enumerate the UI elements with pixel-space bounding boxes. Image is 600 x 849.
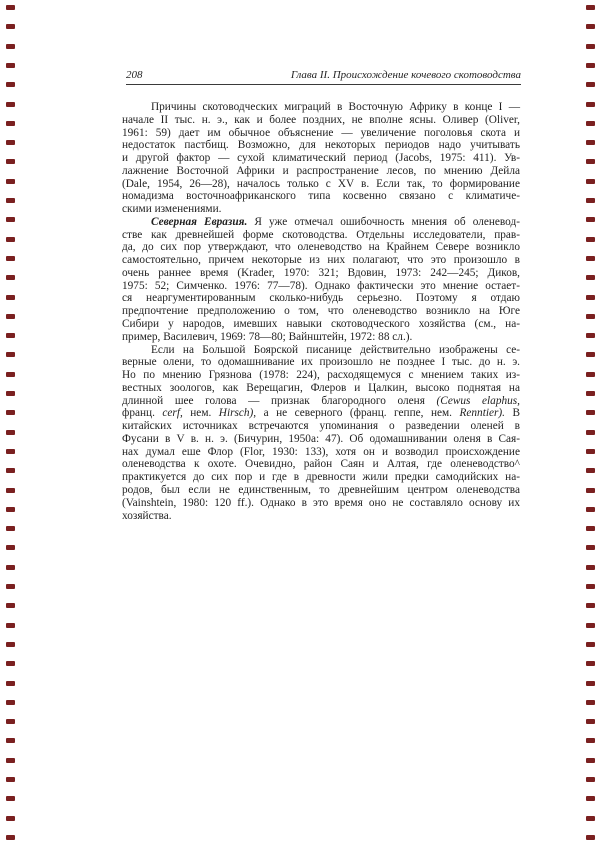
text-line: вестных зоологов, как Верещагин, Флеров … (122, 382, 520, 395)
scan-artifact-mark (6, 584, 15, 589)
text-line: 1961: 59) дает им обычное объяснение — у… (122, 127, 520, 140)
scan-artifact-mark (586, 159, 595, 164)
scan-artifact-mark (586, 391, 595, 396)
text-line: да, до сих пор утверждают, что оленеводс… (122, 241, 520, 254)
scan-artifact-mark (586, 372, 595, 377)
text-line: родов, был если не единственным, то древ… (122, 484, 520, 497)
scan-artifact-mark (586, 661, 595, 666)
scan-artifact-mark (6, 719, 15, 724)
scan-artifact-mark (586, 63, 595, 68)
text-line: практикуется до сих пор и где в древност… (122, 471, 520, 484)
scan-artifact-mark (6, 507, 15, 512)
text-line: Причины скотоводческих миграций в Восточ… (122, 101, 520, 114)
scan-artifact-mark (586, 410, 595, 415)
scan-artifact-mark (6, 44, 15, 49)
scan-artifact-mark (586, 140, 595, 145)
scan-artifact-mark (6, 5, 15, 10)
scan-artifact-mark (6, 410, 15, 415)
scan-artifact-mark (586, 24, 595, 29)
scan-artifact-mark (586, 352, 595, 357)
scan-artifact-mark (586, 526, 595, 531)
text-line: ся неаргументированным сколько-нибудь се… (122, 292, 520, 305)
scan-artifact-mark (586, 623, 595, 628)
text-line: франц. cerf, нем. Hirsch), а не северног… (122, 407, 520, 420)
scan-artifact-mark (6, 565, 15, 570)
scan-artifact-mark (6, 372, 15, 377)
scan-artifact-mark (586, 121, 595, 126)
scan-artifact-mark (6, 295, 15, 300)
scan-artifact-mark (6, 738, 15, 743)
scan-artifact-mark (6, 661, 15, 666)
scan-artifact-mark (6, 758, 15, 763)
text-line: самостоятельно, причем некоторые из них … (122, 254, 520, 267)
text-line: предпочтение предположению о том, что ол… (122, 305, 520, 318)
text-line: китайских источниках встречаются упомина… (122, 420, 520, 433)
scan-artifact-mark (6, 430, 15, 435)
scan-artifact-mark (586, 719, 595, 724)
text-line: скими изменениями. (122, 203, 520, 216)
text-line: хозяйства. (122, 510, 520, 523)
scan-artifact-mark (586, 333, 595, 338)
scan-artifact-mark (586, 430, 595, 435)
page: 208 Глава II. Происхождение кочевого ско… (0, 0, 600, 849)
text-line: недостаток пастбищ. Возможно, для некото… (122, 139, 520, 152)
text-line: и другой фактор — сухой климатический пе… (122, 152, 520, 165)
scan-artifact-mark (6, 700, 15, 705)
text-line: Сибири у народов, имевших навыки скотово… (122, 318, 520, 331)
scan-artifact-mark (6, 681, 15, 686)
scan-artifact-mark (6, 391, 15, 396)
scan-artifact-mark (6, 352, 15, 357)
text-line: Северная Евразия. Я уже отмечал ошибочно… (122, 216, 520, 229)
scan-artifact-mark (6, 603, 15, 608)
scan-artifact-mark (586, 82, 595, 87)
scan-artifact-mark (6, 816, 15, 821)
scan-artifact-mark (586, 681, 595, 686)
scan-artifact-mark (586, 275, 595, 280)
scan-artifact-mark (6, 121, 15, 126)
scan-artifact-mark (586, 449, 595, 454)
text-block: Причины скотоводческих миграций в Восточ… (122, 101, 520, 522)
text-line: оленеводства к охоте. Очевидно, район Са… (122, 458, 520, 471)
scan-artifact-mark (586, 642, 595, 647)
page-header: 208 Глава II. Происхождение кочевого ско… (126, 69, 521, 85)
scan-artifact-mark (6, 140, 15, 145)
text-line: (Vainshtein, 1980: 120 ff.). Однако в эт… (122, 497, 520, 510)
text-line: (Dale, 1954, 26—28), началось только с X… (122, 178, 520, 191)
scan-artifact-mark (586, 603, 595, 608)
scan-artifact-mark (6, 179, 15, 184)
scan-artifact-mark (6, 63, 15, 68)
text-line: начале II тыс. н. э., как и более поздни… (122, 114, 520, 127)
scan-artifact-mark (6, 642, 15, 647)
scan-artifact-mark (586, 507, 595, 512)
text-line: Фусани в V в. н. э. (Бичурин, 1950а: 47)… (122, 433, 520, 446)
scan-artifact-mark (586, 198, 595, 203)
scan-artifact-mark (6, 314, 15, 319)
scan-artifact-mark (586, 565, 595, 570)
scan-artifact-mark (586, 217, 595, 222)
text-line: номадизма восточноафриканского типа косв… (122, 190, 520, 203)
scan-artifact-mark (586, 488, 595, 493)
scan-artifact-mark (6, 835, 15, 840)
scan-artifact-mark (586, 468, 595, 473)
scan-artifact-mark (6, 777, 15, 782)
scan-artifact-mark (586, 758, 595, 763)
scan-artifact-mark (586, 237, 595, 242)
scan-artifact-mark (586, 796, 595, 801)
text-line: 1975: 52; Симченко. 1976: 77—78). Однако… (122, 280, 520, 293)
scan-artifact-mark (6, 275, 15, 280)
scan-artifact-mark (586, 295, 595, 300)
text-line: верные олени, то одомашнивание их произо… (122, 356, 520, 369)
scan-artifact-mark (586, 835, 595, 840)
text-line: нах думал еше Флор (Flor, 1930: 133), хо… (122, 446, 520, 459)
scan-artifact-mark (586, 738, 595, 743)
chapter-title: Глава II. Происхождение кочевого скотово… (291, 69, 521, 82)
scan-artifact-mark (6, 256, 15, 261)
scan-artifact-mark (6, 82, 15, 87)
scan-artifact-mark (586, 102, 595, 107)
scan-artifact-mark (586, 314, 595, 319)
text-line: стве как древнейшей форме скотоводства. … (122, 229, 520, 242)
scan-artifact-mark (586, 584, 595, 589)
scan-artifact-mark (586, 545, 595, 550)
scan-artifact-mark (6, 102, 15, 107)
page-number: 208 (126, 69, 143, 82)
scan-artifact-mark (586, 700, 595, 705)
text-line: длинной шее голова — признак благородног… (122, 395, 520, 408)
scan-artifact-mark (586, 256, 595, 261)
scan-artifact-mark (586, 816, 595, 821)
scan-artifact-mark (6, 217, 15, 222)
scan-artifact-mark (6, 198, 15, 203)
scan-artifact-mark (6, 333, 15, 338)
scan-artifact-mark (6, 159, 15, 164)
scan-artifact-mark (6, 796, 15, 801)
scan-artifact-mark (6, 449, 15, 454)
scan-artifact-mark (6, 237, 15, 242)
scan-artifact-mark (6, 545, 15, 550)
scan-artifact-mark (586, 179, 595, 184)
scan-artifact-mark (586, 44, 595, 49)
scan-artifact-mark (586, 777, 595, 782)
scan-artifact-mark (6, 24, 15, 29)
scan-artifact-mark (6, 468, 15, 473)
scan-artifact-mark (6, 488, 15, 493)
text-line: очень раннее время (Krader, 1970: 321; В… (122, 267, 520, 280)
scan-artifact-mark (586, 5, 595, 10)
text-line: Но по мнению Грязнова (1978: 224), расхо… (122, 369, 520, 382)
text-line: пример, Василевич, 1969: 78—80; Вайнштей… (122, 331, 520, 344)
text-line: Если на Большой Боярской писанице действ… (122, 344, 520, 357)
text-line: лажнение Восточной Африки и распростране… (122, 165, 520, 178)
scan-artifact-mark (6, 623, 15, 628)
scan-artifact-mark (6, 526, 15, 531)
